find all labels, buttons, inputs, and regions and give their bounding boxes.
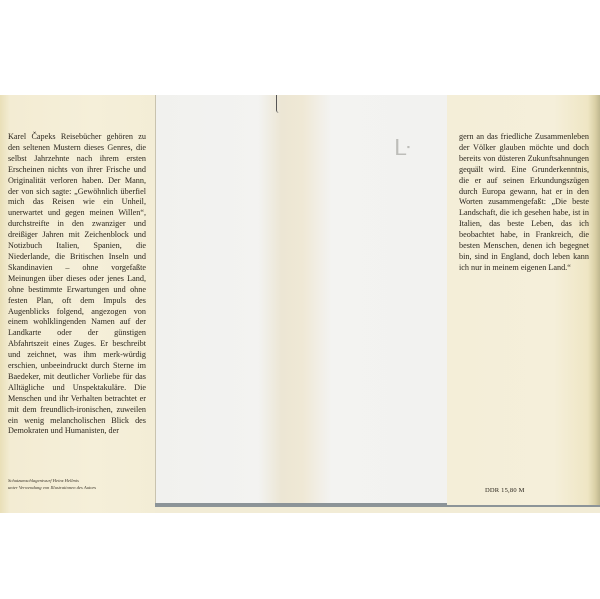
price-label: DDR 15,80 M: [485, 487, 525, 494]
blurb-text: gern an das friedliche Zusammenleben der…: [459, 132, 589, 274]
blurb-text: Karel Čapeks Reisebücher gehören zu den …: [8, 132, 146, 437]
credit-line: unter Verwendung von Illustrationen des …: [8, 484, 148, 491]
inner-blank-panel: ᒷ: [155, 95, 449, 505]
cover-design-credits: Schutzumschlagentwurf Heinz Hellmis unte…: [8, 477, 148, 492]
right-flap: gern an das friedliche Zusammenleben der…: [447, 95, 600, 505]
left-flap: Karel Čapeks Reisebücher gehören zu den …: [0, 95, 155, 513]
book-jacket-inner: Karel Čapeks Reisebücher gehören zu den …: [0, 95, 600, 513]
right-flap-blurb: gern an das friedliche Zusammenleben der…: [459, 132, 589, 274]
left-flap-blurb: Karel Čapeks Reisebücher gehören zu den …: [8, 132, 146, 437]
credit-line: Schutzumschlagentwurf Heinz Hellmis: [8, 477, 148, 484]
pencil-scribble: ᒷ: [394, 135, 424, 165]
tear-mark: [276, 95, 279, 113]
